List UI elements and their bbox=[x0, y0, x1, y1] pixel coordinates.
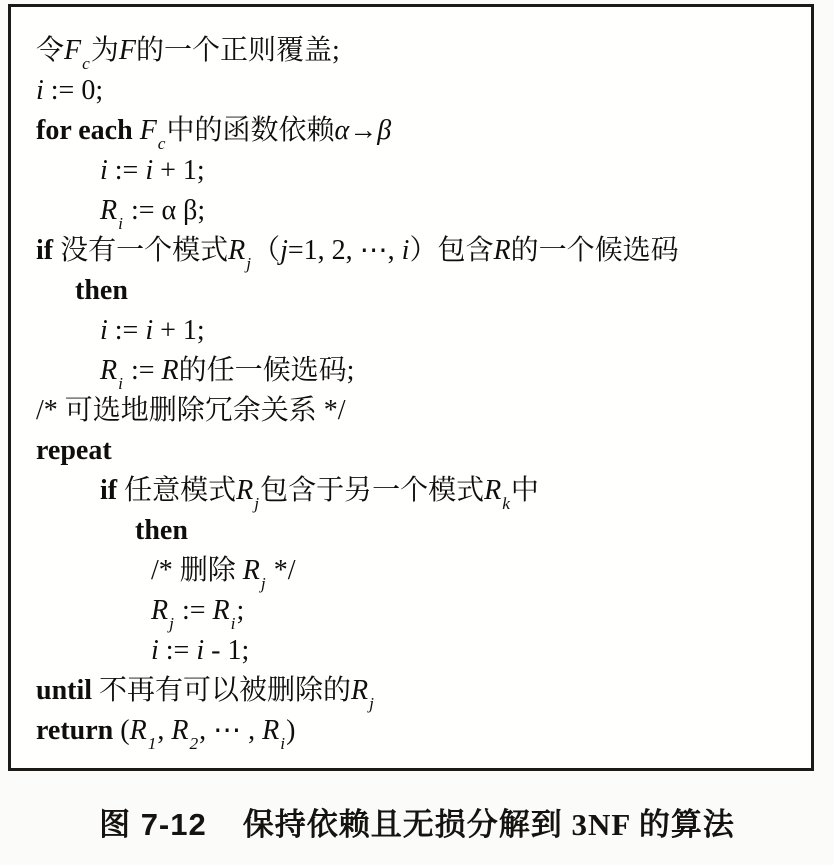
algo-line: /* 删除 Rj */ bbox=[151, 551, 797, 591]
algo-segment: - 1; bbox=[204, 635, 249, 666]
algo-segment: := bbox=[108, 155, 146, 186]
algo-segment: then bbox=[135, 515, 188, 546]
algo-segment: =1, 2, ⋯, bbox=[288, 235, 402, 266]
algo-segment: i bbox=[196, 635, 204, 666]
algo-line: /* 可选地删除冗余关系 */ bbox=[36, 391, 797, 431]
algo-segment: + 1; bbox=[153, 155, 205, 186]
algo-segment: */ bbox=[267, 555, 296, 586]
algo-segment: ) bbox=[286, 715, 295, 746]
algo-segment: β bbox=[377, 115, 391, 146]
algo-subscript: j bbox=[369, 694, 374, 713]
algo-line: Rj := Ri; bbox=[151, 591, 797, 631]
algo-line: then bbox=[75, 271, 797, 311]
algo-subscript: i bbox=[118, 214, 123, 233]
algo-subscript: 2 bbox=[189, 734, 198, 753]
algo-line: Ri := α β; bbox=[100, 191, 797, 231]
algo-line: until 不再有可以被删除的Rj bbox=[36, 671, 797, 711]
algo-segment: α β; bbox=[162, 195, 206, 226]
algo-subscript: 1 bbox=[148, 734, 157, 753]
algo-segment: 没有一个模式 bbox=[60, 235, 228, 266]
algo-segment: , ⋯ , bbox=[199, 715, 262, 746]
algo-subscript: j bbox=[169, 614, 174, 633]
algo-segment: R1 bbox=[130, 715, 158, 746]
algo-segment: R2 bbox=[171, 715, 199, 746]
algo-subscript: c bbox=[82, 54, 90, 73]
algo-segment: + 1; bbox=[153, 315, 205, 346]
algo-segment: 不再有可以被删除的 bbox=[99, 675, 351, 706]
algo-segment: 为 bbox=[91, 35, 119, 66]
algo-line: i := i + 1; bbox=[100, 151, 797, 191]
algo-segment: Ri bbox=[100, 355, 124, 386]
algo-subscript: c bbox=[158, 134, 166, 153]
algo-segment: i bbox=[100, 155, 108, 186]
algo-segment: i bbox=[145, 155, 153, 186]
figure-caption-text: 保持依赖且无损分解到 3NF 的算法 bbox=[243, 807, 735, 842]
algo-segment: → bbox=[349, 115, 377, 146]
algo-line: return (R1, R2, ⋯ , Ri) bbox=[36, 711, 797, 751]
algo-segment: := bbox=[159, 635, 197, 666]
algo-segment: 包含于另一个模式 bbox=[260, 475, 484, 506]
algo-segment: Rj bbox=[228, 235, 252, 266]
algo-line: repeat bbox=[36, 431, 797, 471]
algo-segment: := bbox=[108, 315, 146, 346]
algo-segment: F bbox=[119, 35, 136, 66]
algo-segment: repeat bbox=[36, 435, 112, 466]
algo-segment: ）包含 bbox=[409, 235, 493, 266]
algo-segment: := bbox=[124, 355, 162, 386]
algo-segment: 任意模式 bbox=[124, 475, 236, 506]
algo-segment: /* 可选地删除冗余关系 */ bbox=[36, 395, 346, 426]
algo-subscript: i bbox=[118, 374, 123, 393]
algo-segment: := bbox=[124, 195, 162, 226]
algo-segment: 的任一候选码; bbox=[179, 355, 355, 386]
algo-segment: 的一个正则覆盖; bbox=[136, 35, 340, 66]
algo-line: if 任意模式Rj包含于另一个模式Rk中 bbox=[100, 471, 797, 511]
algo-segment: 中的函数依赖 bbox=[167, 115, 335, 146]
algo-segment: until bbox=[36, 675, 99, 706]
scanned-figure-page: 令Fc为F的一个正则覆盖;i := 0;for each Fc中的函数依赖α→β… bbox=[0, 0, 834, 865]
algo-line: then bbox=[135, 511, 797, 551]
algo-subscript: k bbox=[502, 494, 510, 513]
algo-segment: 中 bbox=[511, 475, 539, 506]
algo-segment: if bbox=[100, 475, 124, 506]
algo-line: i := i + 1; bbox=[100, 311, 797, 351]
algo-segment: Rj bbox=[151, 595, 175, 626]
algo-segment: j bbox=[280, 235, 288, 266]
algo-segment: 的一个候选码 bbox=[511, 235, 679, 266]
algo-segment: 令 bbox=[36, 35, 64, 66]
algo-segment: Rj bbox=[236, 475, 260, 506]
algo-subscript: j bbox=[261, 574, 266, 593]
algo-subscript: i bbox=[280, 734, 285, 753]
algo-subscript: j bbox=[254, 494, 259, 513]
algo-line: Ri := R的任一候选码; bbox=[100, 351, 797, 391]
algo-segment: Rk bbox=[484, 475, 511, 506]
algo-segment: Ri bbox=[213, 595, 237, 626]
algo-segment: for each bbox=[36, 115, 140, 146]
algorithm-box: 令Fc为F的一个正则覆盖;i := 0;for each Fc中的函数依赖α→β… bbox=[8, 4, 814, 771]
algo-segment: （ bbox=[252, 235, 280, 266]
algo-segment: Ri bbox=[262, 715, 286, 746]
algo-line: if 没有一个模式Rj（j=1, 2, ⋯, i）包含R的一个候选码 bbox=[36, 231, 797, 271]
algo-segment: return bbox=[36, 715, 120, 746]
algo-segment: Rj bbox=[243, 555, 267, 586]
algo-segment: /* 删除 bbox=[151, 555, 243, 586]
algo-segment: Ri bbox=[100, 195, 124, 226]
algorithm-pseudocode: 令Fc为F的一个正则覆盖;i := 0;for each Fc中的函数依赖α→β… bbox=[11, 7, 811, 751]
algo-segment: i bbox=[100, 315, 108, 346]
algo-segment: , bbox=[157, 715, 171, 746]
algo-segment: Fc bbox=[64, 35, 91, 66]
algo-line: i := i - 1; bbox=[151, 631, 797, 671]
algo-segment: i bbox=[151, 635, 159, 666]
algo-segment: i bbox=[145, 315, 153, 346]
figure-caption: 图 7-12保持依赖且无损分解到 3NF 的算法 bbox=[0, 803, 834, 847]
algo-segment: ; bbox=[236, 595, 244, 626]
figure-caption-number: 图 7-12 bbox=[99, 807, 207, 842]
algo-line: i := 0; bbox=[36, 71, 797, 111]
algo-segment: R bbox=[493, 235, 510, 266]
algo-segment: Fc bbox=[140, 115, 167, 146]
algo-segment: R bbox=[162, 355, 179, 386]
algo-line: 令Fc为F的一个正则覆盖; bbox=[36, 31, 797, 71]
algo-segment: ( bbox=[120, 715, 129, 746]
algo-segment: := bbox=[175, 595, 213, 626]
algo-segment: i bbox=[36, 75, 44, 106]
algo-segment: Rj bbox=[351, 675, 375, 706]
algo-subscript: j bbox=[246, 254, 251, 273]
algo-segment: then bbox=[75, 275, 128, 306]
algo-segment: if bbox=[36, 235, 60, 266]
algo-segment: := 0; bbox=[44, 75, 103, 106]
algo-line: for each Fc中的函数依赖α→β bbox=[36, 111, 797, 151]
algo-subscript: i bbox=[231, 614, 236, 633]
algo-segment: α bbox=[335, 115, 350, 146]
